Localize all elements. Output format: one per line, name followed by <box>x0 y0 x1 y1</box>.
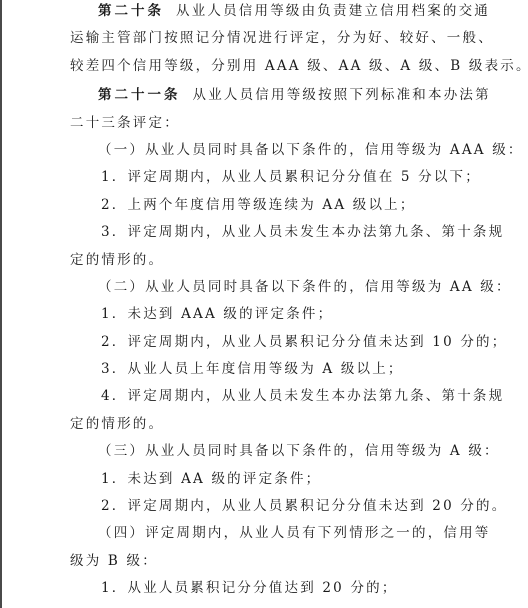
clause-4-heading: （四）评定周期内，从业人员有下列情形之一的，信用等 <box>70 520 456 547</box>
article-number: 第二十一条 <box>98 87 181 103</box>
article-text: 从业人员信用等级按照下列标准和本办法第 <box>193 87 491 103</box>
document-page: 第二十条从业人员信用等级由负责建立信用档案的交通 运输主管部门按照记分情况进行评… <box>70 0 456 603</box>
clause-1-heading: （一）从业人员同时具备以下条件的，信用等级为 AAA 级： <box>70 137 456 164</box>
clause-2-item-3: 3．从业人员上年度信用等级为 A 级以上； <box>70 356 456 383</box>
article-21-line-2: 二十三条评定： <box>70 110 456 137</box>
article-20-line-3: 较差四个信用等级，分别用 AAA 级、AA 级、A 级、B 级表示。 <box>70 53 456 80</box>
article-21-line-1: 第二十一条从业人员信用等级按照下列标准和本办法第 <box>70 82 456 109</box>
clause-2-heading: （二）从业人员同时具备以下条件的，信用等级为 AA 级： <box>70 274 456 301</box>
article-20-line-1: 第二十条从业人员信用等级由负责建立信用档案的交通 <box>70 0 456 25</box>
clause-4-item-1: 1．从业人员累积记分分值达到 20 分的； <box>70 575 456 602</box>
clause-1-item-1: 1．评定周期内，从业人员累积记分分值在 5 分以下； <box>70 164 456 191</box>
article-text: 从业人员信用等级由负责建立信用档案的交通 <box>176 3 490 19</box>
window-left-border <box>0 0 2 608</box>
clause-3-heading: （三）从业人员同时具备以下条件的，信用等级为 A 级： <box>70 438 456 465</box>
clause-1-item-3-cont: 定的情形的。 <box>70 247 456 274</box>
article-number: 第二十条 <box>98 3 164 19</box>
article-20-line-2: 运输主管部门按照记分情况进行评定，分为好、较好、一般、 <box>70 25 456 52</box>
clause-2-item-1: 1．未达到 AAA 级的评定条件； <box>70 301 456 328</box>
clause-3-item-1: 1．未达到 AA 级的评定条件； <box>70 466 456 493</box>
clause-3-item-2: 2．评定周期内，从业人员累积记分分值未达到 20 分的。 <box>70 493 456 520</box>
clause-1-item-2: 2．上两个年度信用等级连续为 AA 级以上； <box>70 192 456 219</box>
clause-1-item-3: 3．评定周期内，从业人员未发生本办法第九条、第十条规 <box>70 219 456 246</box>
clause-2-item-4: 4．评定周期内，从业人员未发生本办法第九条、第十条规 <box>70 383 456 410</box>
clause-2-item-2: 2．评定周期内，从业人员累积记分分值未达到 10 分的； <box>70 329 456 356</box>
clause-2-item-4-cont: 定的情形的。 <box>70 411 456 438</box>
clause-4-heading-cont: 级为 B 级： <box>70 548 456 575</box>
